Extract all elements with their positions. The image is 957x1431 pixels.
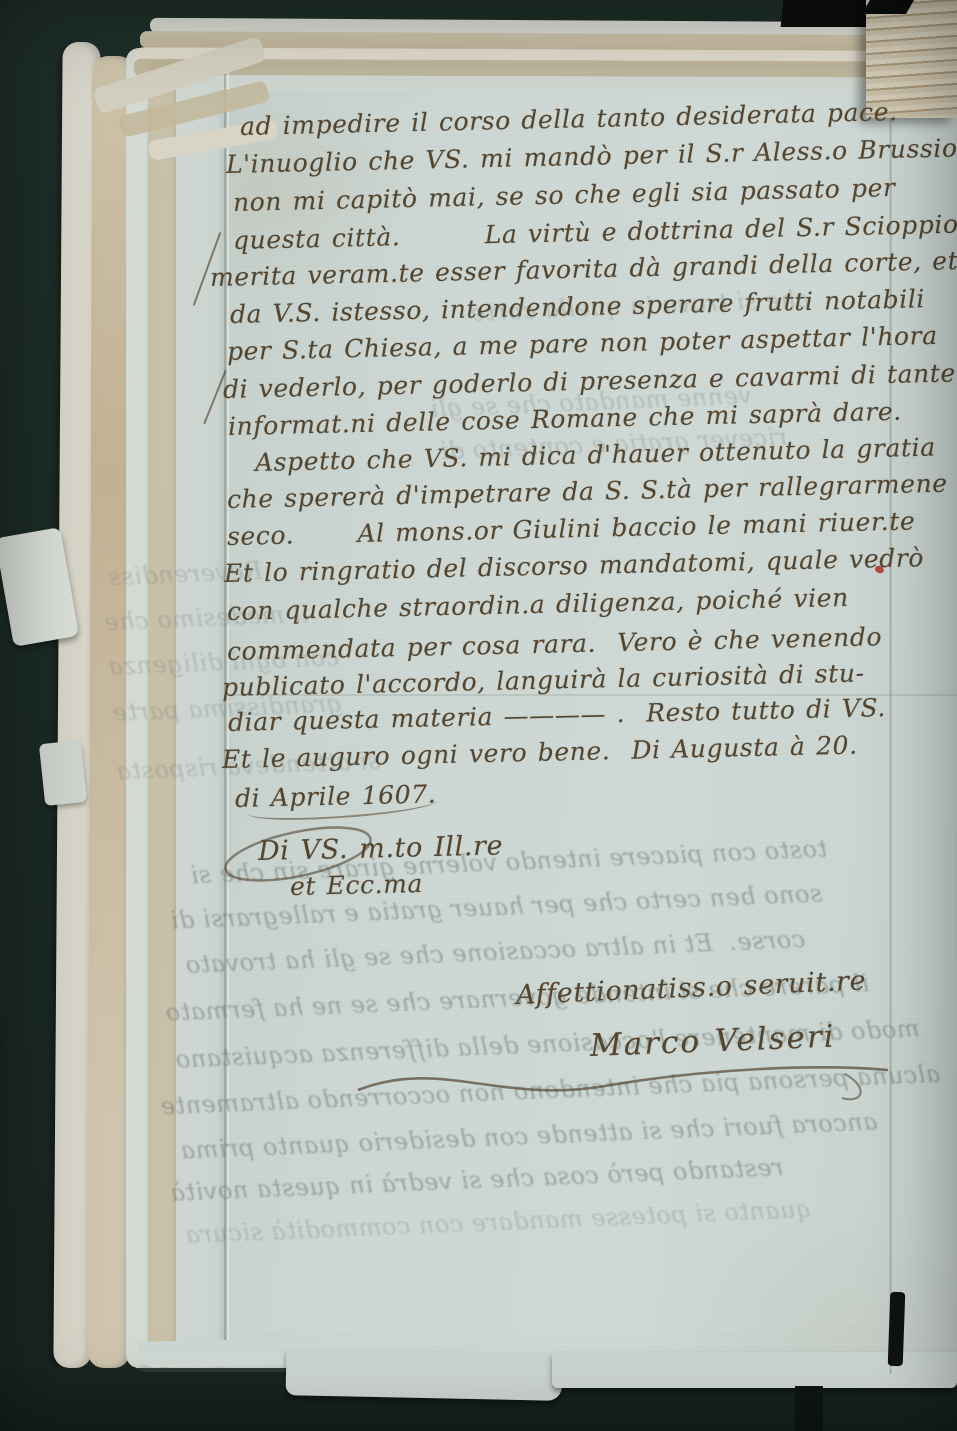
valediction-line: et Ecc.ma [290,869,424,901]
manuscript-photo: che si trova in quella corte venne manda… [0,0,957,1431]
fore-edge-gap [862,0,914,14]
valediction-line: Di VS. m.to Ill.re [258,830,504,867]
bottom-page-edge [286,1349,563,1401]
bottom-shadow-gap [795,1386,823,1431]
binding-shadow-strip [781,0,872,27]
page-split-gap [888,1292,906,1366]
paper-tab [39,740,87,806]
signature-flourish [350,1046,895,1112]
